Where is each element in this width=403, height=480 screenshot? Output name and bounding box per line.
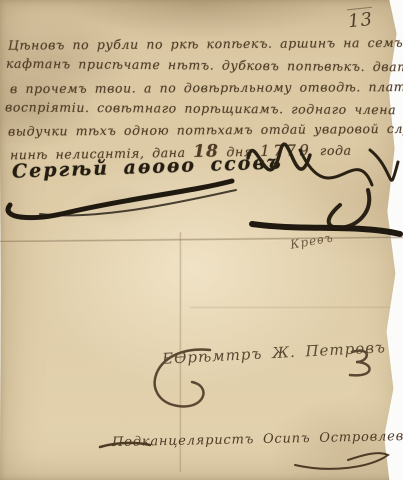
date-suffix: года	[320, 143, 352, 158]
body-line-1: Цѣновъ по рубли по ркѣ копѣекъ. аршинъ н…	[8, 34, 403, 52]
body-line-3: в прочемъ твои. а по довѣрѣльному отводѣ…	[10, 79, 403, 96]
body-line-5: выдучки тѣхъ одною потѣхамъ отдай уваров…	[8, 120, 403, 138]
folio-number: 13	[347, 7, 374, 32]
scanned-manuscript: 13 Цѣновъ по рубли по ркѣ копѣекъ. аршин…	[0, 0, 403, 480]
